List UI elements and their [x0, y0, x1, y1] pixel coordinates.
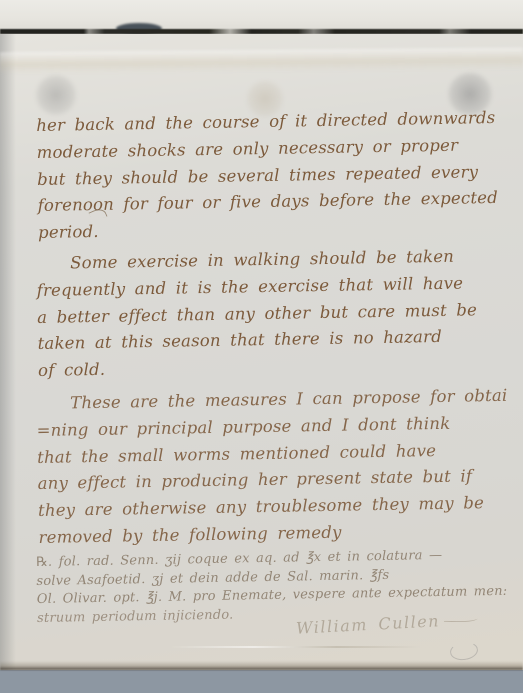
letter-paragraph-2: Some exercise in walking should be taken…: [36, 243, 498, 385]
manuscript-photograph: her back and the course of it directed d…: [0, 0, 523, 693]
letter-paragraph-1: her back and the course of it directed d…: [36, 105, 498, 247]
letter-paragraph-3: These are the measures I can propose for…: [36, 383, 499, 552]
pencil-mark: [449, 640, 479, 662]
paper-scratch: [170, 646, 420, 648]
paper-crease: [0, 48, 523, 75]
letter-sheet: her back and the course of it directed d…: [0, 34, 523, 670]
binding-gutter-shadow: [0, 34, 16, 670]
paper-stain: [34, 74, 78, 116]
